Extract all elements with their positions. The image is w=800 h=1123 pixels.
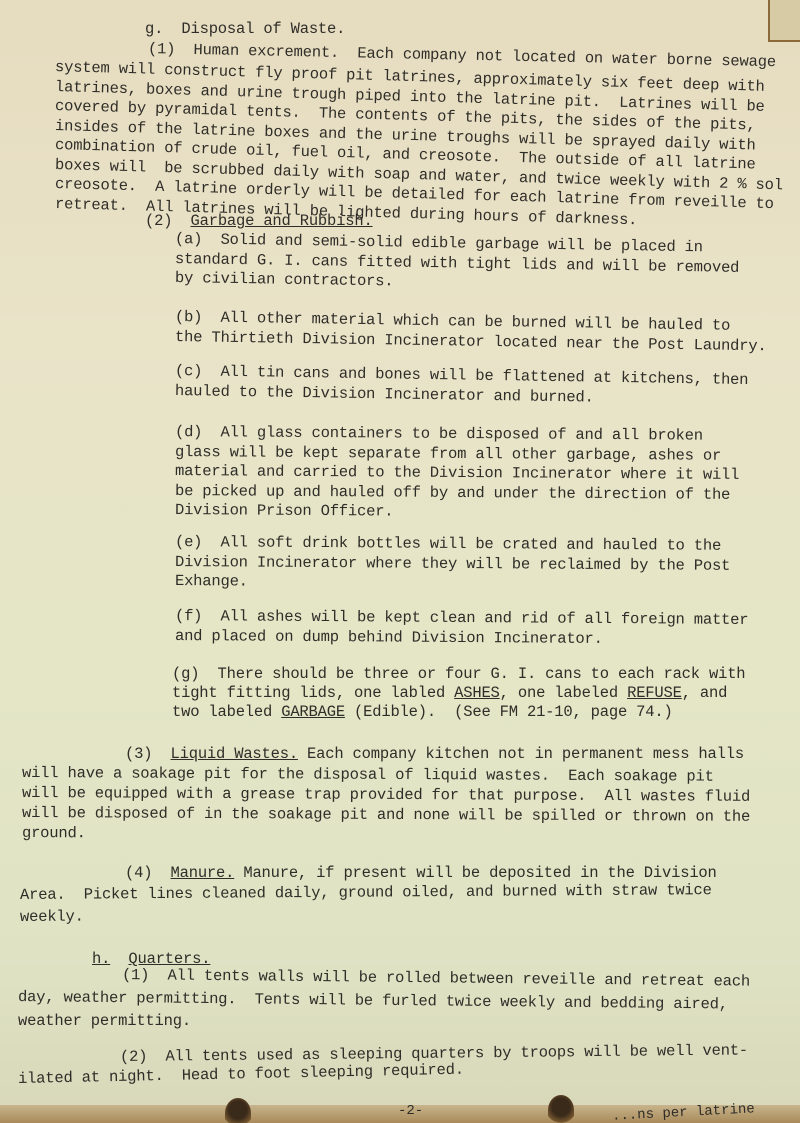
text-line: tight fitting lids, one labled ASHES, on…: [172, 684, 727, 702]
section-h-heading: h. Quarters.: [92, 950, 210, 968]
underlined-label: ASHES: [454, 684, 500, 702]
text: , one labeled: [500, 684, 627, 702]
text: two labeled: [172, 703, 281, 721]
section-label: h.: [92, 950, 110, 968]
text: tight fitting lids, one labled: [172, 684, 454, 702]
text-line: (e) All soft drink bottles will be crate…: [175, 533, 721, 555]
text-line: ilated at night. Head to foot sleeping r…: [18, 1061, 464, 1088]
text-line: Each company not located on water borne …: [357, 44, 776, 71]
text-line: material and carried to the Division Inc…: [175, 462, 739, 484]
text-line: day, weather permitting. Tents will be f…: [18, 988, 728, 1013]
text-line: All tents walls will be rolled between r…: [167, 966, 750, 990]
item-heading: Human excrement.: [193, 41, 339, 62]
text-line: Division Prison Officer.: [175, 501, 394, 521]
item-number: (4): [125, 864, 152, 882]
text-line: weekly.: [20, 908, 84, 926]
text-line: will have a soakage pit for the disposal…: [22, 764, 714, 786]
text-line: will be disposed of in the soakage pit a…: [22, 804, 750, 826]
text-line: by civilian contractors.: [175, 269, 394, 290]
item-3-first-line: (3) Liquid Wastes. Each company kitchen …: [125, 745, 744, 763]
item-number: (1): [122, 966, 149, 984]
text-line: will be equipped with a grease trap prov…: [22, 784, 750, 806]
text-line: Exhange.: [175, 572, 248, 591]
text: (Edible). (See FM 21-10, page 74.): [345, 703, 673, 721]
item-number: (1): [148, 40, 176, 59]
item-2-heading: (2) Garbage and Rubbish.: [145, 212, 373, 230]
text-line: be picked up and hauled off by and under…: [175, 482, 730, 504]
section-title: Disposal of Waste.: [181, 20, 345, 38]
section-g-heading: g. Disposal of Waste.: [145, 20, 345, 38]
item-number: (3): [125, 745, 152, 763]
item-number: (2): [120, 1048, 147, 1066]
h-item-1-first-line: (1) All tents walls will be rolled betwe…: [122, 966, 750, 991]
text-line: glass will be kept separate from all oth…: [175, 443, 721, 465]
text-line: ground.: [22, 824, 86, 842]
binder-hole: [225, 1098, 251, 1123]
item-number: (2): [145, 212, 172, 230]
underlined-label: REFUSE: [627, 684, 682, 702]
page-number: -2-: [398, 1103, 423, 1119]
text-line: two labeled GARBAGE (Edible). (See FM 21…: [172, 703, 673, 721]
underlined-label: GARBAGE: [281, 703, 345, 721]
item-heading: Liquid Wastes.: [171, 745, 298, 763]
section-label: g.: [145, 20, 163, 38]
binder-hole: [548, 1095, 574, 1123]
text-line: Manure, if present will be deposited in …: [243, 864, 716, 882]
document-page: g. Disposal of Waste. (1) Human excremen…: [0, 0, 800, 1123]
text-line: Division Incinerator where they will be …: [175, 553, 730, 575]
text-line: (f) All ashes will be kept clean and rid…: [175, 607, 749, 629]
text-line: (g) There should be three or four G. I. …: [172, 665, 745, 683]
text-line: weather permitting.: [18, 1012, 191, 1030]
item-heading: Manure.: [171, 864, 235, 882]
text-line: (d) All glass containers to be disposed …: [175, 423, 703, 445]
text: , and: [682, 684, 728, 702]
folded-corner: [768, 0, 800, 42]
text-line: Area. Picket lines cleaned daily, ground…: [20, 881, 712, 904]
text-line: and placed on dump behind Division Incin…: [175, 627, 603, 648]
text-line: Each company kitchen not in permanent me…: [307, 745, 744, 763]
item-heading: Garbage and Rubbish.: [191, 212, 373, 230]
item-4-first-line: (4) Manure. Manure, if present will be d…: [125, 864, 717, 882]
